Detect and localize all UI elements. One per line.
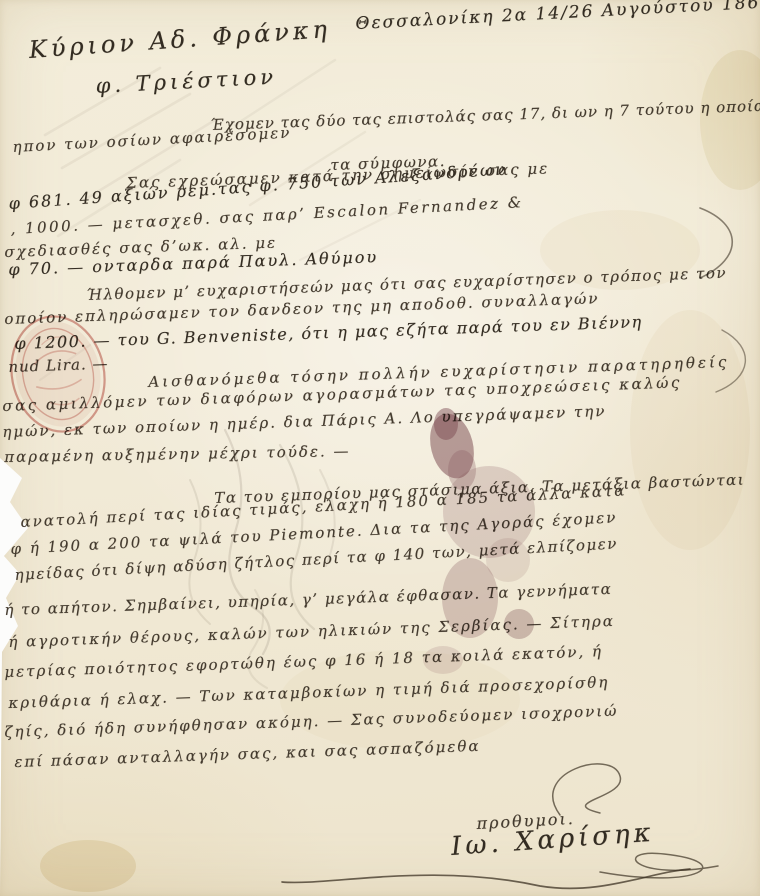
scanned-letter: Θεσσαλονίκη 2α 14/26 Αυγούστου 1863Κύριο… xyxy=(0,0,760,896)
handwritten-line-place: φ. Τριέστιον xyxy=(95,65,278,98)
handwritten-line-body: επί πάσαν ανταλλαγήν σας, και σας ασπαζό… xyxy=(14,737,481,771)
handwritten-line-date: Θεσσαλονίκη 2α 14/26 Αυγούστου 1863 xyxy=(355,0,760,34)
handwritten-line-body: Έχομεν τας δύο τας επιστολάς σας 17, δι … xyxy=(210,97,760,134)
handwritten-line-body: ή το απήτον. Σημβαίνει, υπηρία, γ’ μεγάλ… xyxy=(4,580,612,619)
handwritten-line-body: nud Lira. — xyxy=(8,355,109,376)
handwritten-line-addressee: Κύριον Αδ. Φράνκη xyxy=(28,15,332,64)
handwriting-layer: Θεσσαλονίκη 2α 14/26 Αυγούστου 1863Κύριο… xyxy=(0,0,760,896)
handwritten-line-body: ηπον των οσίων αφαιρέσομεν xyxy=(12,123,292,156)
handwritten-line-body: παραμένη αυξημένην μέχρι τούδε. — xyxy=(4,442,351,466)
